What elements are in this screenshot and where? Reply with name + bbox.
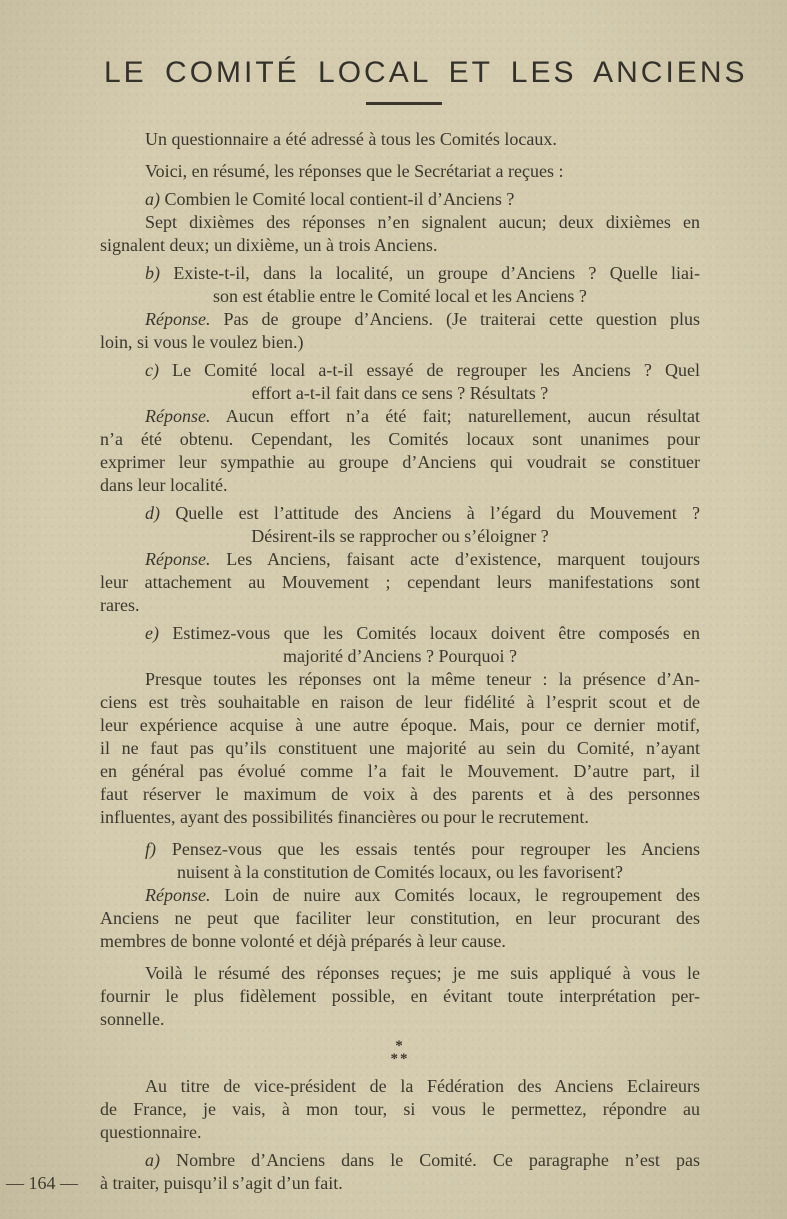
text-line: à traiter, puisqu’il s’agit d’un fait.: [100, 1172, 700, 1195]
page-number: — 164 —: [6, 1172, 78, 1195]
text-line: d) Quelle est l’attitude des Anciens à l…: [100, 502, 700, 525]
text-segment: Au titre de vice-président de la Fédérat…: [145, 1076, 700, 1096]
text-line: Anciens ne peut que faciliter leur const…: [100, 907, 700, 930]
text-segment: à traiter, puisqu’il s’agit d’un fait.: [100, 1173, 343, 1193]
text-segment: Un questionnaire a été adressé à tous le…: [145, 129, 557, 149]
text-segment: faut réserver le maximum de voix à des p…: [100, 784, 700, 804]
italic-text-segment: Réponse.: [145, 885, 210, 905]
text-segment: Les Anciens, faisant acte d’existence, m…: [210, 549, 700, 569]
response-c: Réponse. Aucun effort n’a été fait; natu…: [100, 405, 700, 497]
text-line: son est établie entre le Comité local et…: [100, 285, 700, 308]
text-line: Désirent-ils se rapprocher ou s’éloigner…: [100, 525, 700, 548]
text-segment: ciens est très souhaitable en raison de …: [100, 692, 700, 712]
text-segment: loin, si vous le voulez bien.): [100, 332, 303, 352]
text-segment: Voilà le résumé des réponses reçues; je …: [145, 963, 700, 983]
text-line: Sept dixièmes des réponses n’en signalen…: [100, 211, 700, 234]
italic-text-segment: Réponse.: [145, 549, 210, 569]
page-title: LE COMITÉ LOCAL ET LES ANCIENS: [104, 56, 704, 90]
text-segment: Pensez-vous que les essais tentés pour r…: [156, 839, 700, 859]
text-segment: Aucun effort n’a été fait; naturellement…: [210, 406, 700, 426]
text-line: Un questionnaire a été adressé à tous le…: [100, 128, 700, 151]
question-e: e) Estimez-vous que les Comités locaux d…: [100, 622, 700, 668]
text-segment: sonnelle.: [100, 1009, 165, 1029]
text-segment: n’a été obtenu. Cependant, les Comités l…: [100, 429, 700, 449]
text-segment: Nombre d’Anciens dans le Comité. Ce para…: [160, 1150, 700, 1170]
answer-a: Sept dixièmes des réponses n’en signalen…: [100, 211, 700, 257]
text-line: ciens est très souhaitable en raison de …: [100, 691, 700, 714]
text-segment: Désirent-ils se rapprocher ou s’éloigner…: [251, 526, 548, 546]
italic-text-segment: Réponse.: [145, 309, 210, 329]
text-segment: exprimer leur sympathie au groupe d’Anci…: [100, 452, 700, 472]
text-segment: Loin de nuire aux Comités locaux, le reg…: [210, 885, 700, 905]
text-line: e) Estimez-vous que les Comités locaux d…: [100, 622, 700, 645]
text-segment: effort a-t-il fait dans ce sens ? Résult…: [252, 383, 549, 403]
text-segment: influentes, ayant des possibilités finan…: [100, 807, 589, 827]
italic-text-segment: a): [145, 1150, 160, 1170]
asterism-line: **: [100, 1053, 700, 1066]
text-line: b) Existe-t-il, dans la localité, un gro…: [100, 262, 700, 285]
point-a-second: a) Nombre d’Anciens dans le Comité. Ce p…: [100, 1149, 700, 1195]
text-line: a) Combien le Comité local contient-il d…: [100, 188, 700, 211]
text-line: a) Nombre d’Anciens dans le Comité. Ce p…: [100, 1149, 700, 1172]
text-line: c) Le Comité local a-t-il essayé de regr…: [100, 359, 700, 382]
closing-paragraph: Voilà le résumé des réponses reçues; je …: [100, 962, 700, 1031]
body-text-column: Un questionnaire a été adressé à tous le…: [100, 128, 700, 1195]
text-segment: dans leur localité.: [100, 475, 227, 495]
question-d: d) Quelle est l’attitude des Anciens à l…: [100, 502, 700, 548]
page-header: LE COMITÉ LOCAL ET LES ANCIENS: [104, 56, 704, 105]
response-b: Réponse. Pas de groupe d’Anciens. (Je tr…: [100, 308, 700, 354]
response-f: Réponse. Loin de nuire aux Comités locau…: [100, 884, 700, 953]
text-line: majorité d’Anciens ? Pourquoi ?: [100, 645, 700, 668]
text-segment: signalent deux; un dixième, un à trois A…: [100, 235, 437, 255]
text-line: Réponse. Aucun effort n’a été fait; natu…: [100, 405, 700, 428]
text-segment: membres de bonne volonté et déjà préparé…: [100, 931, 506, 951]
text-segment: Combien le Comité local contient-il d’An…: [160, 189, 514, 209]
text-segment: son est établie entre le Comité local et…: [213, 286, 587, 306]
italic-text-segment: c): [145, 360, 159, 380]
text-line: de France, je vais, à mon tour, si vous …: [100, 1098, 700, 1121]
intro-paragraph: Un questionnaire a été adressé à tous le…: [100, 128, 700, 151]
text-segment: rares.: [100, 595, 139, 615]
text-segment: majorité d’Anciens ? Pourquoi ?: [283, 646, 517, 666]
response-d: Réponse. Les Anciens, faisant acte d’exi…: [100, 548, 700, 617]
text-segment: Le Comité local a-t-il essayé de regroup…: [159, 360, 700, 380]
text-segment: questionnaire.: [100, 1122, 201, 1142]
text-line: Réponse. Loin de nuire aux Comités locau…: [100, 884, 700, 907]
text-segment: nuisent à la constitution de Comités loc…: [177, 862, 623, 882]
italic-text-segment: f): [145, 839, 156, 859]
text-line: Réponse. Pas de groupe d’Anciens. (Je tr…: [100, 308, 700, 331]
text-line: faut réserver le maximum de voix à des p…: [100, 783, 700, 806]
text-line: n’a été obtenu. Cependant, les Comités l…: [100, 428, 700, 451]
text-line: questionnaire.: [100, 1121, 700, 1144]
italic-text-segment: e): [145, 623, 159, 643]
italic-text-segment: Réponse.: [145, 406, 210, 426]
question-a: a) Combien le Comité local contient-il d…: [100, 188, 700, 211]
text-line: rares.: [100, 594, 700, 617]
text-segment: Quelle est l’attitude des Anciens à l’ég…: [160, 503, 700, 523]
text-line: sonnelle.: [100, 1008, 700, 1031]
asterism-separator: ***: [100, 1040, 700, 1066]
text-segment: leur expérience acquise à une autre époq…: [100, 715, 700, 735]
text-line: Presque toutes les réponses ont la même …: [100, 668, 700, 691]
text-line: Au titre de vice-président de la Fédérat…: [100, 1075, 700, 1098]
text-segment: Presque toutes les réponses ont la même …: [145, 669, 700, 689]
text-line: f) Pensez-vous que les essais tentés pou…: [100, 838, 700, 861]
italic-text-segment: b): [145, 263, 160, 283]
text-line: membres de bonne volonté et déjà préparé…: [100, 930, 700, 953]
scanned-book-page: LE COMITÉ LOCAL ET LES ANCIENS Un questi…: [0, 0, 787, 1219]
text-segment: Anciens ne peut que faciliter leur const…: [100, 908, 700, 928]
text-line: signalent deux; un dixième, un à trois A…: [100, 234, 700, 257]
text-line: Voici, en résumé, les réponses que le Se…: [100, 160, 700, 183]
text-segment: Voici, en résumé, les réponses que le Se…: [145, 161, 564, 181]
response-e: Presque toutes les réponses ont la même …: [100, 668, 700, 829]
text-line: loin, si vous le voulez bien.): [100, 331, 700, 354]
text-segment: il ne faut pas qu’ils constituent une ma…: [100, 738, 700, 758]
text-line: il ne faut pas qu’ils constituent une ma…: [100, 737, 700, 760]
text-segment: fournir le plus fidèlement possible, en …: [100, 986, 700, 1006]
text-segment: Estimez-vous que les Comités locaux doiv…: [159, 623, 700, 643]
text-segment: Pas de groupe d’Anciens. (Je traiterai c…: [210, 309, 700, 329]
question-c: c) Le Comité local a-t-il essayé de regr…: [100, 359, 700, 405]
text-line: dans leur localité.: [100, 474, 700, 497]
text-line: leur attachement au Mouvement ; cependan…: [100, 571, 700, 594]
text-segment: de France, je vais, à mon tour, si vous …: [100, 1099, 700, 1119]
text-line: effort a-t-il fait dans ce sens ? Résult…: [100, 382, 700, 405]
text-line: fournir le plus fidèlement possible, en …: [100, 985, 700, 1008]
text-segment: leur attachement au Mouvement ; cependan…: [100, 572, 700, 592]
text-line: leur expérience acquise à une autre époq…: [100, 714, 700, 737]
question-f: f) Pensez-vous que les essais tentés pou…: [100, 838, 700, 884]
italic-text-segment: d): [145, 503, 160, 523]
question-b: b) Existe-t-il, dans la localité, un gro…: [100, 262, 700, 308]
italic-text-segment: a): [145, 189, 160, 209]
text-segment: Existe-t-il, dans la localité, un groupe…: [160, 263, 700, 283]
text-line: Voilà le résumé des réponses reçues; je …: [100, 962, 700, 985]
text-line: nuisent à la constitution de Comités loc…: [100, 861, 700, 884]
text-line: en général pas évolué comme l’a fait le …: [100, 760, 700, 783]
title-divider-rule: [366, 102, 442, 105]
text-segment: Sept dixièmes des réponses n’en signalen…: [145, 212, 700, 232]
text-line: influentes, ayant des possibilités finan…: [100, 806, 700, 829]
text-line: exprimer leur sympathie au groupe d’Anci…: [100, 451, 700, 474]
text-line: Réponse. Les Anciens, faisant acte d’exi…: [100, 548, 700, 571]
lead-in-paragraph: Voici, en résumé, les réponses que le Se…: [100, 160, 700, 183]
vice-president-paragraph: Au titre de vice-président de la Fédérat…: [100, 1075, 700, 1144]
text-segment: en général pas évolué comme l’a fait le …: [100, 761, 700, 781]
